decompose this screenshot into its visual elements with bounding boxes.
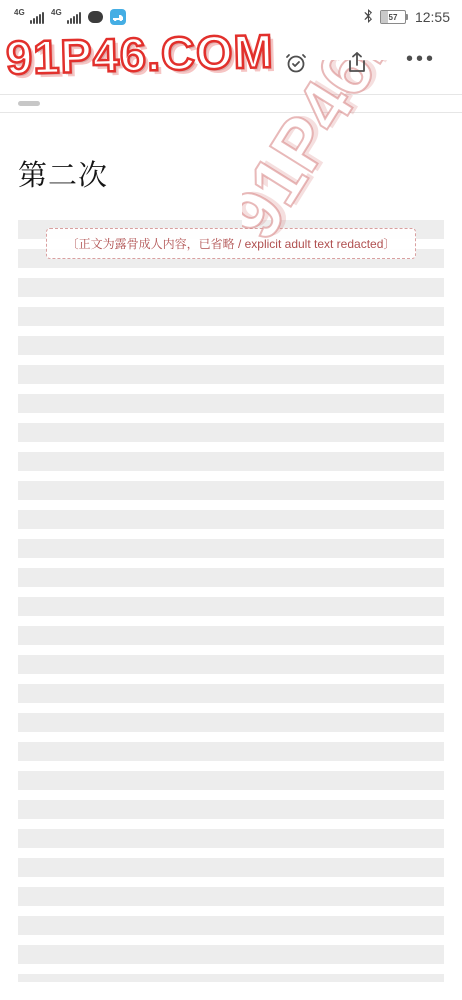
article: 第二次 〔正文为露骨成人内容，已省略 / explicit adult text… xyxy=(0,113,462,992)
redaction-notice: 〔正文为露骨成人内容，已省略 / explicit adult text red… xyxy=(46,228,416,259)
status-right-icons: 57 12:55 xyxy=(364,9,450,25)
app-notification-icon xyxy=(110,9,126,25)
network-type-label: 4G xyxy=(14,8,25,17)
article-body-redacted-lines xyxy=(18,220,444,992)
reader-screen: 4G 4G 57 12:55 91P46.COM xyxy=(0,0,462,1000)
scroll-fragment-row xyxy=(0,95,462,112)
bluetooth-icon xyxy=(364,9,373,25)
signal-strength-icon-sim1: 4G xyxy=(14,10,44,24)
clock-time: 12:55 xyxy=(415,9,450,25)
more-icon[interactable]: ••• xyxy=(406,59,436,67)
status-left-icons: 4G 4G xyxy=(14,9,126,25)
scroll-fragment xyxy=(18,101,40,106)
network-type-label: 4G xyxy=(51,8,62,17)
chapter-title: 第二次 xyxy=(18,153,444,194)
reader-toolbar: 91P46.COM ••• xyxy=(0,32,462,94)
battery-icon: 57 xyxy=(380,10,408,24)
chat-notification-icon xyxy=(88,11,103,23)
share-icon[interactable] xyxy=(346,51,368,75)
battery-percent: 57 xyxy=(389,13,398,22)
article-body[interactable]: 〔正文为露骨成人内容，已省略 / explicit adult text red… xyxy=(18,220,444,992)
alarm-check-icon[interactable] xyxy=(284,51,308,75)
signal-strength-icon-sim2: 4G xyxy=(51,10,81,24)
site-watermark: 91P46.COM xyxy=(5,22,316,85)
